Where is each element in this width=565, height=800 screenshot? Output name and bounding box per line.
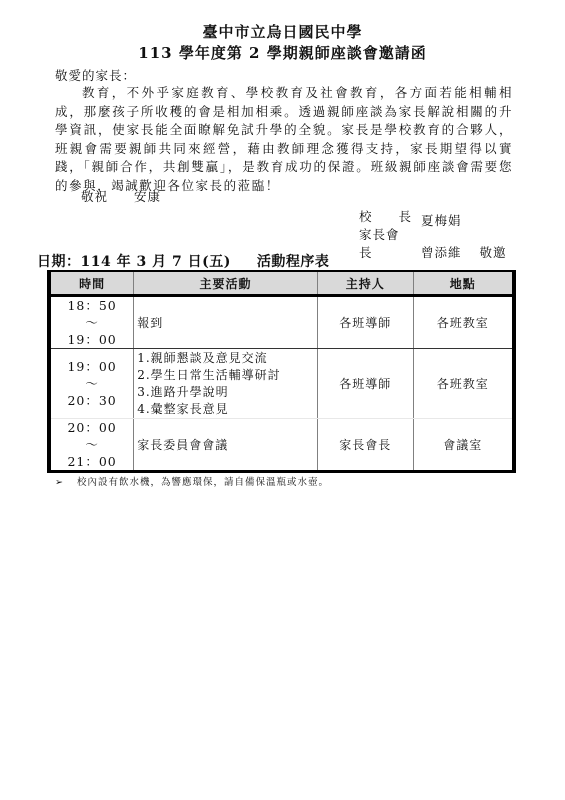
event-date-line: 日期：114 年 3 月 7 日(五)活動程序表 xyxy=(37,251,329,271)
salutation: 敬愛的家長： xyxy=(55,66,136,84)
footnote: ➢校內設有飲水機，為響應環保，請自備保溫瓶或水壺。 xyxy=(55,474,329,488)
column-header-location: 地點 xyxy=(413,271,514,296)
location-cell: 各班教室 xyxy=(413,349,514,419)
time-cell: 19：00 ～ 20：30 xyxy=(49,349,134,419)
activity-item: 4.彙整家長意見 xyxy=(137,401,317,418)
location-cell: 各班教室 xyxy=(413,296,514,349)
time-separator: ～ xyxy=(51,436,133,453)
table-header-row: 時間 主要活動 主持人 地點 xyxy=(49,271,514,296)
schedule-table: 時間 主要活動 主持人 地點 18：50 ～ 19：00 報到 各班導師 各班教… xyxy=(47,270,516,473)
time-cell: 18：50 ～ 19：00 xyxy=(49,296,134,349)
time-start: 20：00 xyxy=(51,419,133,436)
signature-name: 曾添維 xyxy=(421,243,462,261)
activity-item: 2.學生日常生活輔導研討 xyxy=(137,367,317,384)
host-cell: 各班導師 xyxy=(317,296,413,349)
activity-item: 家長委員會會議 xyxy=(137,436,317,453)
time-start: 19：00 xyxy=(51,358,133,375)
time-start: 18：50 xyxy=(51,297,133,314)
host-cell: 家長會長 xyxy=(317,419,413,472)
time-separator: ～ xyxy=(51,314,133,331)
schedule-title: 活動程序表 xyxy=(257,254,330,270)
letter-paragraph: 教育，不外乎家庭教育、學校教育及社會教育，各方面若能相輔相成，那麼孩子所收穫的會… xyxy=(55,84,513,196)
time-end: 19：00 xyxy=(51,331,133,348)
closing: 敬祝安康 xyxy=(81,187,161,205)
document-title: 113 學年度第 2 學期親師座談會邀請函 xyxy=(0,42,565,63)
time-end: 20：30 xyxy=(51,392,133,409)
signature-role: 家長會長 xyxy=(359,225,411,261)
event-date: 日期：114 年 3 月 7 日(五) xyxy=(37,254,231,270)
table-row: 18：50 ～ 19：00 報到 各班導師 各班教室 xyxy=(49,296,514,349)
table-row: 19：00 ～ 20：30 1.親師懇談及意見交流 2.學生日常生活輔導研討 3… xyxy=(49,349,514,419)
column-header-activity: 主要活動 xyxy=(134,271,318,296)
signature-pta-chair: 家長會長曾添維敬邀 xyxy=(359,225,507,261)
closing-blessing: 安康 xyxy=(134,189,161,204)
activity-cell: 1.親師懇談及意見交流 2.學生日常生活輔導研討 3.進路升學說明 4.彙整家長… xyxy=(134,349,318,419)
activity-item: 1.親師懇談及意見交流 xyxy=(137,350,317,367)
time-end: 21：00 xyxy=(51,453,133,470)
time-cell: 20：00 ～ 21：00 xyxy=(49,419,134,472)
signature-suffix: 敬邀 xyxy=(480,243,507,261)
activity-item: 3.進路升學說明 xyxy=(137,384,317,401)
activity-cell: 家長委員會會議 xyxy=(134,419,318,472)
closing-wish: 敬祝 xyxy=(81,189,108,204)
host-cell: 各班導師 xyxy=(317,349,413,419)
activity-cell: 報到 xyxy=(134,296,318,349)
time-separator: ～ xyxy=(51,375,133,392)
column-header-time: 時間 xyxy=(49,271,134,296)
school-name: 臺中市立烏日國民中學 xyxy=(0,21,565,42)
letter-body: 教育，不外乎家庭教育、學校教育及社會教育，各方面若能相輔相成，那麼孩子所收穫的會… xyxy=(55,84,513,196)
location-cell: 會議室 xyxy=(413,419,514,472)
signature-role: 校長 xyxy=(359,207,411,225)
footnote-text: 校內設有飲水機，為響應環保，請自備保溫瓶或水壺。 xyxy=(77,477,329,488)
column-header-host: 主持人 xyxy=(317,271,413,296)
table-row: 20：00 ～ 21：00 家長委員會會議 家長會長 會議室 xyxy=(49,419,514,472)
activity-item: 報到 xyxy=(137,314,317,331)
arrow-bullet-icon: ➢ xyxy=(55,477,77,488)
